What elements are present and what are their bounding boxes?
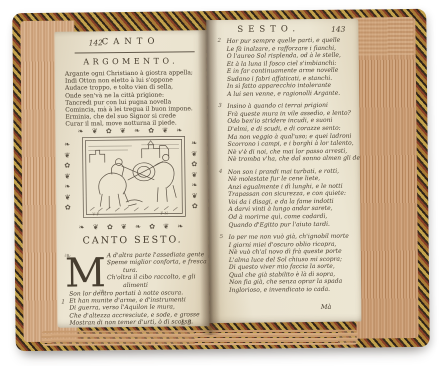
text-line: Hor pur sempre quelle parti, e quelle xyxy=(227,37,357,46)
left-running-title: CANTO xyxy=(55,36,207,48)
argomento-text: Argante ogni Christiano à giostra appell… xyxy=(65,69,194,128)
right-page-number: 143 xyxy=(331,25,345,34)
text-line: Inglorioso, e invendicato io cada. xyxy=(229,286,359,295)
fleuron-ornament-column-left: ❧❦✿❦❧❦✿ xyxy=(62,140,74,214)
catchword: Mà xyxy=(321,303,332,311)
right-page: SESTO. 143 2 Hor pur sempre quelle parti… xyxy=(206,19,361,324)
stanza-lines: Non son i prandi mai turbati, e rotti,Nè… xyxy=(228,167,359,229)
stanza-lines: Hor pur sempre quelle parti, e quelleLe … xyxy=(227,37,358,99)
stanza-5: 5 Io per me non vuò già, ch'ignobil mort… xyxy=(222,233,360,295)
right-running-title: SESTO. xyxy=(206,24,331,35)
initial-vine-icon: ❧ xyxy=(64,252,72,262)
stanza-2: 2 Hor pur sempre quelle parti, e quelleL… xyxy=(220,37,358,99)
stanza-3: 3 Insino à quando ci terrai prigioniFrà … xyxy=(220,102,358,164)
stanza1-lines-beside-initial: A d'altra parte l'assediata genteSpeme m… xyxy=(107,251,210,289)
woodcut-monogram-left: V·F xyxy=(92,211,99,216)
page-edges-top-right xyxy=(355,17,413,56)
text-line: Speme miglior conforta, e fresca ven- xyxy=(107,258,210,267)
stanza-number: 4 xyxy=(219,169,223,175)
photo-background: 142 CANTO ARGOMENTO. Argante ogni Christ… xyxy=(0,0,440,366)
antique-book: 142 CANTO ARGOMENTO. Argante ogni Christ… xyxy=(12,9,430,351)
page-edges-right xyxy=(353,17,418,339)
open-spread: 142 CANTO ARGOMENTO. Argante ogni Christ… xyxy=(54,19,361,337)
fleuron-ornament-row-bottom: ❧ ❦ ✿ ❦ ❧ ✿ ❦ ❧ xyxy=(56,222,208,232)
stanza-lines: Insino à quando ci terrai prigioniFrà qu… xyxy=(227,102,358,164)
woodcut-joust-illustration xyxy=(82,135,187,218)
argomento-heading: ARGOMENTO. xyxy=(55,56,207,67)
text-line: A lui sen venne, e ragionolli Argante. xyxy=(227,89,357,98)
text-line: Quando d'Egitto pur l'aiuto tardi. xyxy=(228,220,358,229)
fleuron-ornament-column-right: ❧❦✿❦❧❦✿ xyxy=(189,138,201,212)
header-rule xyxy=(75,51,195,53)
text-line: alimenti xyxy=(123,281,209,289)
verse-column: 2 Hor pur sempre quelle parti, e quelleL… xyxy=(220,37,360,300)
fleuron-ornament-row-top: ❧ ❦ ✿ ❦ ❧ ✿ ❦ ❧ xyxy=(55,126,207,136)
canto-sesto-heading: CANTO SESTO. xyxy=(57,234,209,247)
woodcut-monogram-right: F·N xyxy=(160,211,168,216)
stanza-lines: Io per me non vuò già, ch'ignobil morteI… xyxy=(229,233,360,295)
text-line: Ch'oltra il cibo raccolto, e gli xyxy=(107,273,210,282)
stanza-number: 3 xyxy=(218,103,222,109)
stanza-number: 5 xyxy=(220,234,224,240)
stanza-4: 4 Non son i prandi mai turbati, e rotti,… xyxy=(221,167,359,229)
text-line: Nè tromba v'ha, che dal sonno almen gli … xyxy=(228,155,358,164)
stanza-number: 2 xyxy=(218,38,222,44)
left-page: 142 CANTO ARGOMENTO. Argante ogni Christ… xyxy=(54,30,209,328)
signature-mark: L 3 xyxy=(181,318,192,326)
stanza-number: 1 xyxy=(61,299,65,306)
